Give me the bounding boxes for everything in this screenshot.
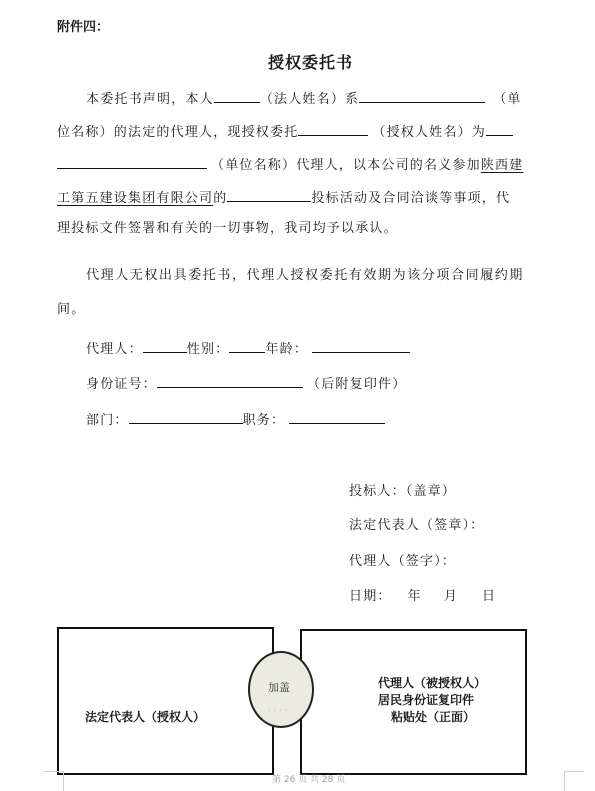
bidder-seal-label: 投标人：（盖章） <box>349 484 456 500</box>
text: （单位名称）代理人，以本公司的名义参加 <box>211 158 481 173</box>
para1-line1: 本委托书声明，本人（法人姓名）系（单 <box>86 89 522 108</box>
company-name-part2: 工第五建设集团有限公司 <box>57 191 213 206</box>
blank-authorized-name[interactable] <box>298 122 368 136</box>
text: 位名称）的法定的代理人，现授权委托 <box>57 125 298 140</box>
document-title: 授权委托书 <box>268 55 353 71</box>
day-label: 日 <box>482 589 496 604</box>
year-label: 年 <box>408 589 422 604</box>
para2-line1: 代理人无权出具委托书，代理人授权委托有效期为该分项合同履约期 <box>86 268 524 284</box>
agent-box-line2: 居民身份证复印件 <box>378 692 474 709</box>
age-field[interactable] <box>312 339 410 353</box>
age-label: 年龄： <box>265 342 308 357</box>
seal-stamp-area: 加盖 ···· <box>248 651 314 728</box>
para1-line4: 工第五建设集团有限公司的投标活动及合同洽谈等事项，代 <box>57 188 510 207</box>
dept-row: 部门：职务： <box>86 410 385 429</box>
id-note: （后附复印件） <box>307 377 406 392</box>
blank-project-name[interactable] <box>227 188 311 202</box>
legal-rep-signature-label: 法定代表人（签章）： <box>349 518 485 534</box>
date-row: 日期：年月日 <box>349 589 496 605</box>
agent-signature-label: 代理人（签字）： <box>349 554 456 570</box>
blank-agent-unit[interactable] <box>57 155 207 169</box>
text: （授权人姓名）为 <box>372 125 486 140</box>
dept-label: 部门： <box>86 413 129 428</box>
gender-label: 性别： <box>187 342 230 357</box>
text: 投标活动及合同洽谈等事项，代 <box>311 191 510 206</box>
gender-field[interactable] <box>229 339 265 353</box>
id-row: 身份证号：（后附复印件） <box>86 374 406 393</box>
crop-mark-left-horizontal <box>44 771 64 772</box>
legal-rep-box-label: 法定代表人（授权人） <box>85 709 205 726</box>
page-number: 第 26 页 共 28 页 <box>272 772 345 785</box>
agent-box-line1: 代理人（被授权人） <box>378 675 486 692</box>
id-label: 身份证号： <box>86 377 157 392</box>
para1-line5: 理投标文件签署和有关的一切事物，我司均予以承认。 <box>57 221 398 237</box>
text: （单 <box>493 92 521 107</box>
text: （法人姓名）系 <box>260 92 359 107</box>
date-label: 日期： <box>349 589 392 604</box>
id-number-field[interactable] <box>157 374 303 388</box>
text: 本委托书声明，本人 <box>86 92 214 107</box>
crop-mark-right-horizontal <box>564 771 584 772</box>
crop-mark-right-vertical <box>564 771 565 791</box>
text: 的 <box>213 191 227 206</box>
dept-field[interactable] <box>129 410 243 424</box>
agent-row: 代理人：性别：年龄： <box>86 339 410 358</box>
agent-name-field[interactable] <box>143 339 187 353</box>
para1-line2: 位名称）的法定的代理人，现授权委托（授权人姓名）为 <box>57 122 513 141</box>
para2-line2: 间。 <box>57 302 85 318</box>
company-name-part1: 陕西建 <box>481 158 524 173</box>
legal-rep-id-box: 法定代表人（授权人） <box>57 627 274 775</box>
agent-label: 代理人： <box>86 342 143 357</box>
blank-unit-name[interactable] <box>359 89 485 103</box>
month-label: 月 <box>444 589 458 604</box>
position-field[interactable] <box>289 410 385 424</box>
agent-id-copy-box: 代理人（被授权人） 居民身份证复印件 粘贴处（正面） <box>300 629 527 775</box>
agent-box-line3: 粘贴处（正面） <box>391 709 475 726</box>
attachment-label: 附件四： <box>57 20 109 36</box>
blank-legal-name[interactable] <box>214 89 260 103</box>
seal-dots: ···· <box>268 703 290 719</box>
para1-line3: （单位名称）代理人，以本公司的名义参加陕西建 <box>57 155 523 174</box>
crop-mark-left-vertical <box>63 771 64 791</box>
position-label: 职务： <box>243 413 286 428</box>
seal-label: 加盖 <box>268 680 290 696</box>
blank-agent-unit-start[interactable] <box>486 122 513 136</box>
